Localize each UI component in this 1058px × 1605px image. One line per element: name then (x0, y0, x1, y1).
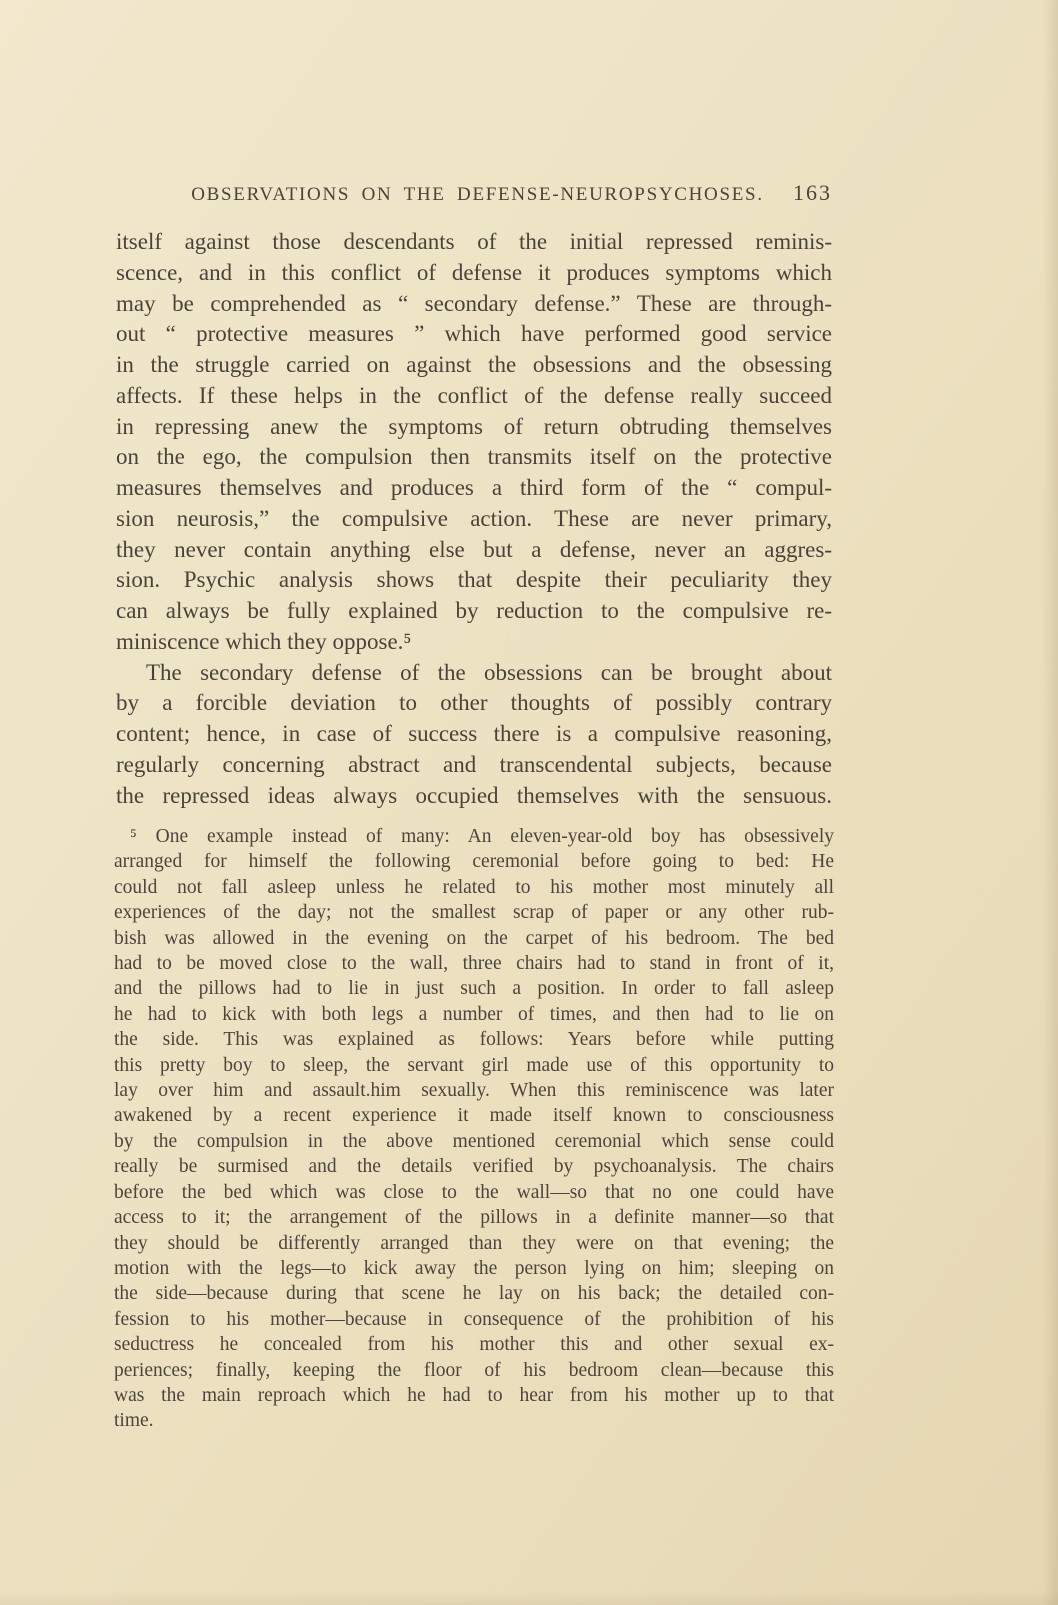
running-head: OBSERVATIONS ON THE DEFENSE-NEUROPSYCHOS… (116, 180, 832, 206)
paragraph-1: itself against those descendants of the … (116, 227, 832, 658)
body-line: miniscence which they oppose.⁵ (116, 627, 832, 658)
footnote-line: the side. This was explained as follows:… (114, 1027, 834, 1052)
body-text: itself against those descendants of the … (116, 227, 832, 811)
body-line: content; hence, in case of success there… (116, 719, 832, 750)
body-line: on the ego, the compulsion then transmit… (116, 442, 832, 473)
footnote-line: periences; finally, keeping the floor of… (114, 1358, 834, 1383)
body-line: affects. If these helps in the conflict … (116, 381, 832, 412)
footnote-5: ⁵ One example instead of many: An eleven… (114, 824, 834, 1434)
body-line: sion neurosis,” the compulsive action. T… (116, 504, 832, 535)
body-line: itself against those descendants of the … (116, 227, 832, 258)
footnote-line: before the bed which was close to the wa… (114, 1180, 834, 1205)
footnote-line: motion with the legs—to kick away the pe… (114, 1256, 834, 1281)
body-line: The secondary defense of the obsessions … (116, 658, 832, 689)
footnote-line: and the pillows had to lie in just such … (114, 976, 834, 1001)
body-line: regularly concerning abstract and transc… (116, 750, 832, 781)
footnote-line: the side—because during that scene he la… (114, 1281, 834, 1306)
footnote-line: fession to his mother—because in consequ… (114, 1307, 834, 1332)
scanned-book-page: OBSERVATIONS ON THE DEFENSE-NEUROPSYCHOS… (0, 0, 1058, 1605)
footnote-line: could not fall asleep unless he related … (114, 875, 834, 900)
body-line: scence, and in this conflict of defense … (116, 258, 832, 289)
body-line: by a forcible deviation to other thought… (116, 688, 832, 719)
running-title: OBSERVATIONS ON THE DEFENSE-NEUROPSYCHOS… (116, 184, 793, 206)
body-line: they never contain anything else but a d… (116, 535, 832, 566)
footnote-line: experiences of the day; not the smallest… (114, 900, 834, 925)
body-line: measures themselves and produces a third… (116, 473, 832, 504)
footnote-line: this pretty boy to sleep, the servant gi… (114, 1053, 834, 1078)
footnote-line: was the main reproach which he had to he… (114, 1383, 834, 1408)
footnote-line: bish was allowed in the evening on the c… (114, 926, 834, 951)
footnote-line: really be surmised and the details verif… (114, 1154, 834, 1179)
footnote-line: time. (114, 1408, 834, 1433)
body-line: out “ protective measures ” which have p… (116, 319, 832, 350)
footnote-line: lay over him and assault.him sexually. W… (114, 1078, 834, 1103)
footnote-line: seductress he concealed from his mother … (114, 1332, 834, 1357)
footnote-line: arranged for himself the following cerem… (114, 849, 834, 874)
footnote-line: had to be moved close to the wall, three… (114, 951, 834, 976)
footnote-line: by the compulsion in the above mentioned… (114, 1129, 834, 1154)
footnote-line: ⁵ One example instead of many: An eleven… (114, 824, 834, 849)
body-line: can always be fully explained by reducti… (116, 596, 832, 627)
body-line: in the struggle carried on against the o… (116, 350, 832, 381)
footnote-line: access to it; the arrangement of the pil… (114, 1205, 834, 1230)
body-line: sion. Psychic analysis shows that despit… (116, 565, 832, 596)
footnote-line: awakened by a recent experience it made … (114, 1103, 834, 1128)
page-number: 163 (793, 180, 832, 206)
body-line: the repressed ideas always occupied them… (116, 781, 832, 812)
footnote-line: they should be differently arranged than… (114, 1231, 834, 1256)
body-line: in repressing anew the symptoms of retur… (116, 412, 832, 443)
body-line: may be comprehended as “ secondary defen… (116, 289, 832, 320)
footnote-line: he had to kick with both legs a number o… (114, 1002, 834, 1027)
paragraph-2: The secondary defense of the obsessions … (116, 658, 832, 812)
